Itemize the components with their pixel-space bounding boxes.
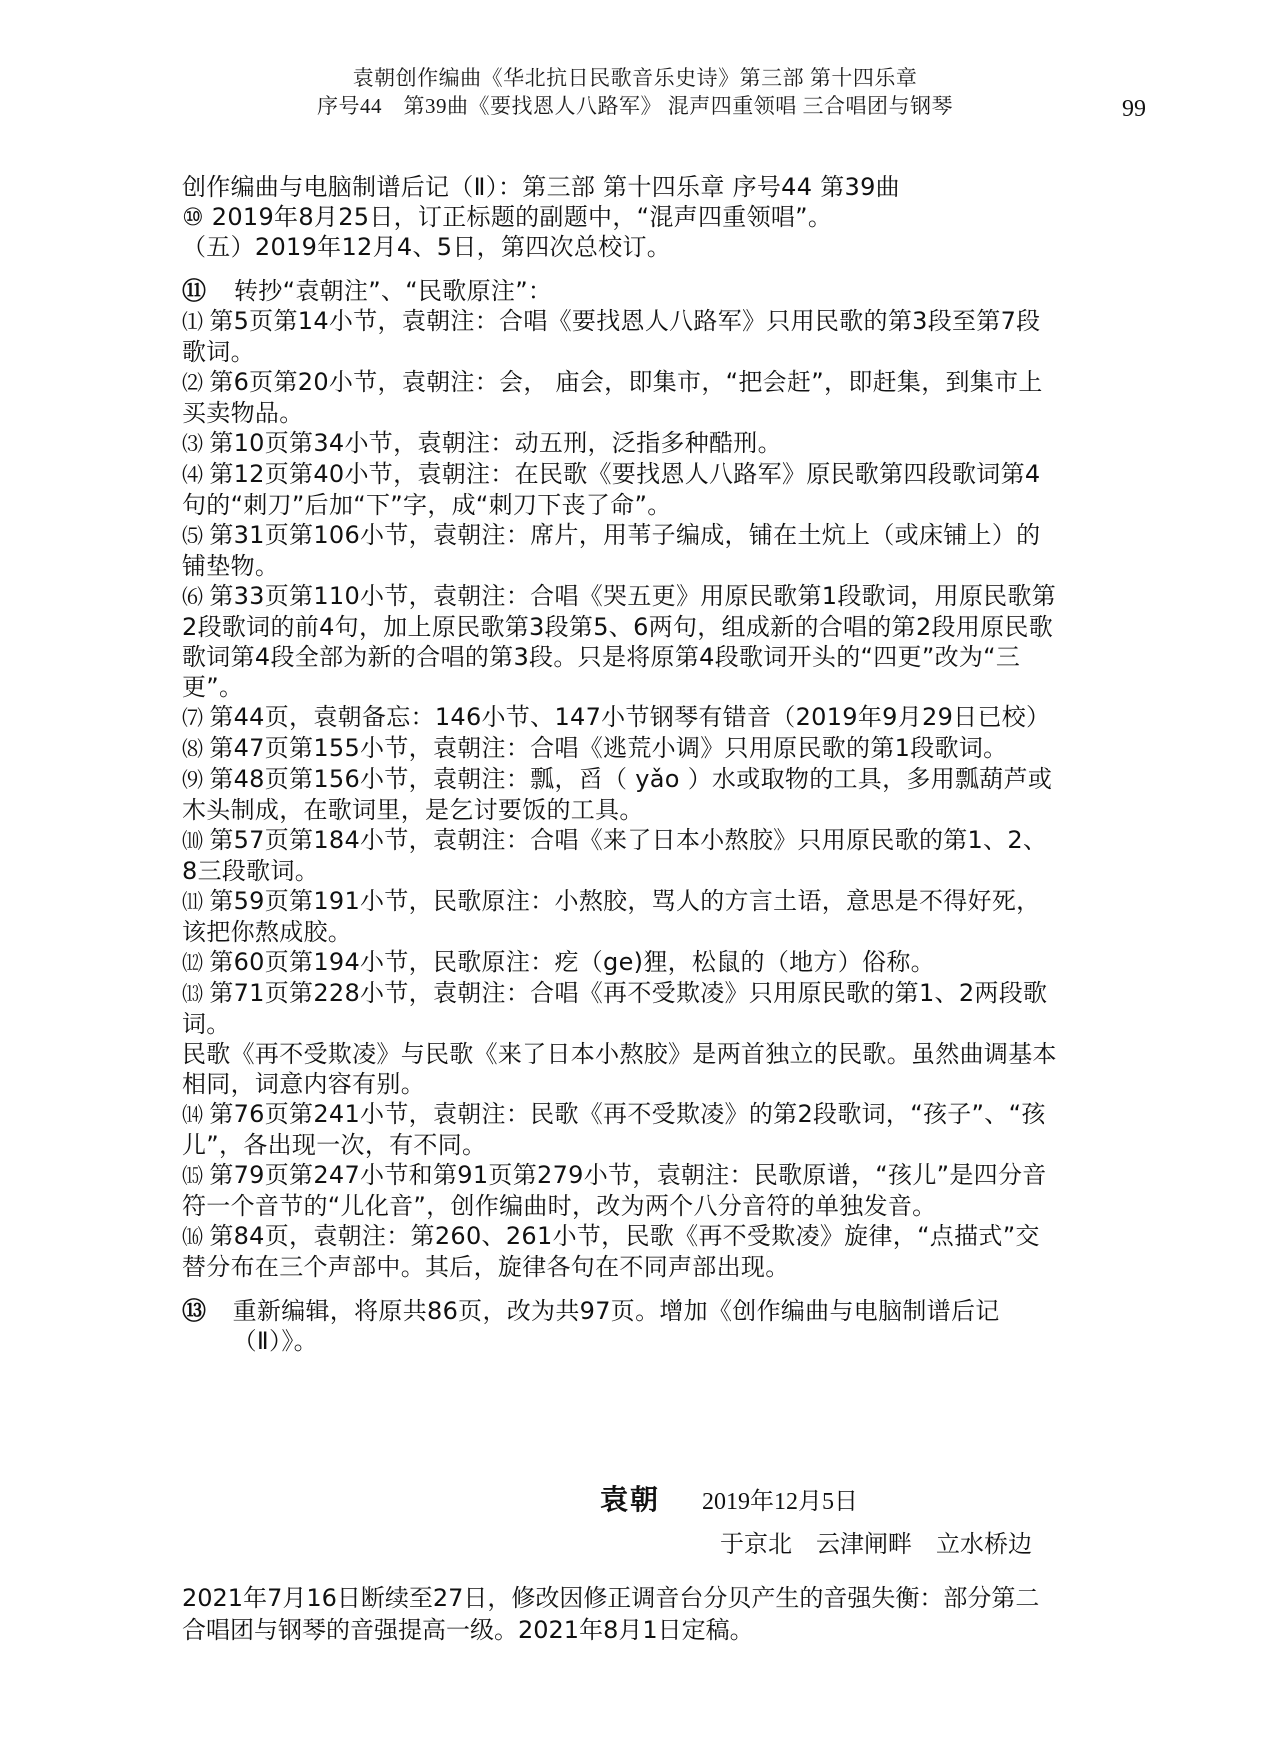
- revision-note: 2021年7月16日断续至27日，修改因修正调音台分贝产生的音强失衡：部分第二合…: [182, 1582, 1062, 1646]
- note-text: 第5页第14小节，袁朝注：合唱《要找恩人八路军》只用民歌的第3段至第7段歌词。: [182, 307, 1040, 366]
- note-number: ⑻: [182, 737, 203, 761]
- note-item: ⑼第48页第156小节，袁朝注：瓢，舀（ yǎo ）水或取物的工具，多用瓢葫芦或…: [182, 764, 1062, 825]
- note-text: 第44页，袁朝备忘：146小节、147小节钢琴有错音（2019年9月29日已校）: [209, 703, 1050, 731]
- notes-list: ⑴第5页第14小节，袁朝注：合唱《要找恩人八路军》只用民歌的第3段至第7段歌词。…: [182, 306, 1062, 1282]
- note-number: ⒃: [182, 1225, 203, 1249]
- note-number: ⑽: [182, 829, 203, 853]
- page-number: 99: [1122, 96, 1146, 123]
- note-text: 第57页第184小节，袁朝注：合唱《来了日本小熬胶》只用原民歌的第1、2、8三段…: [182, 826, 1047, 885]
- document-body: 创作编曲与电脑制谱后记（Ⅱ）：第三部 第十四乐章 序号44 第39曲 ⑩ 201…: [182, 172, 1062, 1356]
- note-text: 第71页第228小节，袁朝注：合唱《再不受欺凌》只用原民歌的第1、2两段歌词。: [182, 979, 1047, 1038]
- note-item: ⑻第47页第155小节，袁朝注：合唱《逃荒小调》只用原民歌的第1段歌词。: [182, 733, 1062, 764]
- note-number: ⑴: [182, 310, 203, 334]
- note-number: ⑿: [182, 951, 203, 975]
- note-number: ⑺: [182, 706, 203, 730]
- afterword-title: 创作编曲与电脑制谱后记（Ⅱ）：第三部 第十四乐章 序号44 第39曲: [182, 172, 1062, 202]
- signature-date: 2019年12月5日: [702, 1481, 858, 1516]
- intro-item-5: （五）2019年12月4、5日，第四次总校订。: [182, 232, 1062, 262]
- signature-block: 袁朝 2019年12月5日 于京北 云津闸畔 立水桥边: [600, 1478, 1120, 1559]
- note-item: ⑿第60页第194小节，民歌原注：疙（ge)狸，松鼠的（地方）俗称。: [182, 947, 1062, 978]
- note-text: 第33页第110小节，袁朝注：合唱《哭五更》用原民歌第1段歌词，用原民歌第2段歌…: [182, 582, 1056, 701]
- section-number: ⑪: [182, 276, 234, 306]
- note-continuation: 民歌《再不受欺凌》与民歌《来了日本小熬胶》是两首独立的民歌。虽然曲调基本相同，词…: [182, 1039, 1062, 1099]
- note-item: ⑽第57页第184小节，袁朝注：合唱《来了日本小熬胶》只用原民歌的第1、2、8三…: [182, 825, 1062, 886]
- note-number: ⑼: [182, 768, 203, 792]
- section-text: 重新编辑，将原共86页，改为共97页。增加《创作编曲与电脑制谱后记（Ⅱ）》。: [233, 1296, 1062, 1356]
- header-line-1: 袁朝创作编曲《华北抗日民歌音乐史诗》第三部 第十四乐章: [285, 64, 985, 92]
- note-item: ⑴第5页第14小节，袁朝注：合唱《要找恩人八路军》只用民歌的第3段至第7段歌词。: [182, 306, 1062, 367]
- note-item: ⒀第71页第228小节，袁朝注：合唱《再不受欺凌》只用原民歌的第1、2两段歌词。: [182, 978, 1062, 1039]
- note-item: ⑸第31页第106小节，袁朝注：席片，用苇子编成，铺在土炕上（或床铺上）的铺垫物…: [182, 520, 1062, 581]
- note-text: 第59页第191小节，民歌原注：小熬胶，骂人的方言土语，意思是不得好死，该把你熬…: [182, 887, 1040, 946]
- note-number: ⒁: [182, 1103, 203, 1127]
- section-number: ⑬: [182, 1296, 233, 1326]
- section-13: ⑬ 重新编辑，将原共86页，改为共97页。增加《创作编曲与电脑制谱后记（Ⅱ）》。: [182, 1296, 1062, 1356]
- note-text: 民歌《再不受欺凌》与民歌《来了日本小熬胶》是两首独立的民歌。虽然曲调基本相同，词…: [182, 1040, 1057, 1098]
- note-text: 第79页第247小节和第91页第279小节，袁朝注：民歌原谱，“孩儿”是四分音符…: [182, 1161, 1047, 1220]
- author-name: 袁朝: [600, 1478, 660, 1518]
- note-text: 第10页第34小节，袁朝注：动五刑，泛指多种酷刑。: [209, 429, 782, 457]
- note-number: ⑹: [182, 585, 203, 609]
- note-number: ⑶: [182, 432, 203, 456]
- note-item: ⒃第84页，袁朝注：第260、261小节，民歌《再不受欺凌》旋律，“点描式”交替…: [182, 1221, 1062, 1282]
- section-title: 转抄“袁朝注”、“民歌原注”：: [234, 276, 552, 306]
- note-number: ⑵: [182, 371, 203, 395]
- signature-place: 于京北 云津闸畔 立水桥边: [720, 1524, 1120, 1559]
- note-text: 第76页第241小节，袁朝注：民歌《再不受欺凌》的第2段歌词，“孩子”、“孩儿”…: [182, 1100, 1046, 1159]
- note-item: ⑹第33页第110小节，袁朝注：合唱《哭五更》用原民歌第1段歌词，用原民歌第2段…: [182, 581, 1062, 702]
- note-item: ⑵第6页第20小节，袁朝注：会， 庙会，即集市，“把会赶”，即赶集，到集市上买卖…: [182, 367, 1062, 428]
- note-item: ⑺第44页，袁朝备忘：146小节、147小节钢琴有错音（2019年9月29日已校…: [182, 702, 1062, 733]
- note-item: ⒁第76页第241小节，袁朝注：民歌《再不受欺凌》的第2段歌词，“孩子”、“孩儿…: [182, 1099, 1062, 1160]
- header-line-2: 序号44 第39曲《要找恩人八路军》 混声四重领唱 三合唱团与钢琴: [285, 92, 985, 120]
- note-text: 第12页第40小节，袁朝注：在民歌《要找恩人八路军》原民歌第四段歌词第4句的“刺…: [182, 460, 1040, 519]
- note-number: ⑸: [182, 524, 203, 548]
- note-text: 第48页第156小节，袁朝注：瓢，舀（ yǎo ）水或取物的工具，多用瓢葫芦或木…: [182, 765, 1052, 824]
- intro-item-10: ⑩ 2019年8月25日，订正标题的副题中，“混声四重领唱”。: [182, 202, 1062, 232]
- note-text: 第6页第20小节，袁朝注：会， 庙会，即集市，“把会赶”，即赶集，到集市上买卖物…: [182, 368, 1043, 427]
- note-number: ⑾: [182, 890, 203, 914]
- note-text: 第84页，袁朝注：第260、261小节，民歌《再不受欺凌》旋律，“点描式”交替分…: [182, 1222, 1040, 1281]
- section-11-heading: ⑪ 转抄“袁朝注”、“民歌原注”：: [182, 276, 1062, 306]
- note-number: ⒂: [182, 1164, 203, 1188]
- note-item: ⑷第12页第40小节，袁朝注：在民歌《要找恩人八路军》原民歌第四段歌词第4句的“…: [182, 459, 1062, 520]
- note-text: 第47页第155小节，袁朝注：合唱《逃荒小调》只用原民歌的第1段歌词。: [209, 734, 1007, 762]
- note-item: ⑾第59页第191小节，民歌原注：小熬胶，骂人的方言土语，意思是不得好死，该把你…: [182, 886, 1062, 947]
- note-item: ⑶第10页第34小节，袁朝注：动五刑，泛指多种酷刑。: [182, 428, 1062, 459]
- note-text: 第60页第194小节，民歌原注：疙（ge)狸，松鼠的（地方）俗称。: [209, 948, 935, 976]
- running-header: 袁朝创作编曲《华北抗日民歌音乐史诗》第三部 第十四乐章 序号44 第39曲《要找…: [285, 64, 985, 120]
- note-number: ⒀: [182, 982, 203, 1006]
- note-text: 第31页第106小节，袁朝注：席片，用苇子编成，铺在土炕上（或床铺上）的铺垫物。: [182, 521, 1040, 580]
- note-number: ⑷: [182, 463, 203, 487]
- note-item: ⒂第79页第247小节和第91页第279小节，袁朝注：民歌原谱，“孩儿”是四分音…: [182, 1160, 1062, 1221]
